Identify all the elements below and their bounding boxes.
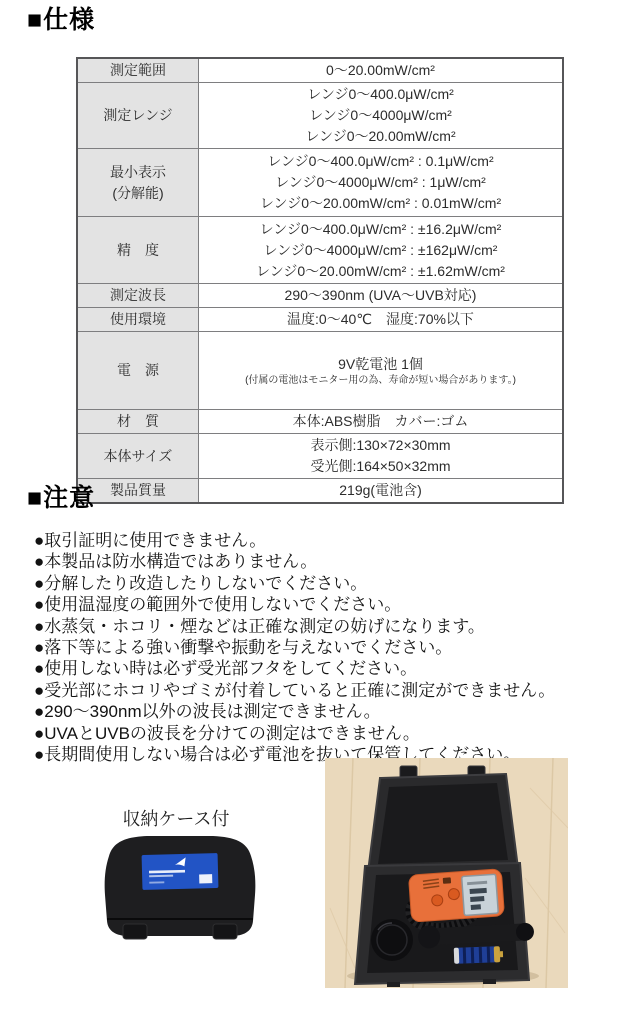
sensor-window	[443, 877, 451, 884]
spec-value: 本体:ABS樹脂 カバー:ゴム	[199, 410, 564, 434]
table-row: 測定範囲 0〜20.00mW/cm²	[77, 58, 563, 83]
spec-label: 本体サイズ	[77, 434, 199, 479]
caution-item: ●取引証明に使用できません。	[34, 530, 624, 551]
spec-table: 測定範囲 0〜20.00mW/cm² 測定レンジ レンジ0〜400.0μW/cm…	[76, 57, 564, 504]
spec-label: 使用環境	[77, 308, 199, 332]
spec-value: レンジ0〜400.0μW/cm² : ±16.2μW/cm² レンジ0〜4000…	[199, 217, 564, 284]
battery	[454, 946, 504, 964]
case-latch	[213, 924, 237, 939]
meter-button	[431, 894, 443, 906]
storage-case-caption: 収納ケース付	[86, 805, 266, 831]
caution-item: ●落下等による強い衝撃や振動を与えないでください。	[34, 637, 624, 658]
table-row: 電 源 9V乾電池 1個 (付属の電池はモニター用の為、寿命が短い場合があります…	[77, 332, 563, 410]
meter-button	[448, 888, 460, 900]
spec-value: 0〜20.00mW/cm²	[199, 58, 564, 83]
case-label	[142, 853, 219, 890]
spec-value: 表示側:130×72×30mm 受光側:164×50×32mm	[199, 434, 564, 479]
spec-value: レンジ0〜400.0μW/cm² レンジ0〜4000μW/cm² レンジ0〜20…	[199, 83, 564, 149]
caution-item: ●水蒸気・ホコリ・煙などは正確な測定の妨げになります。	[34, 616, 624, 637]
spec-section-title: ■仕様	[27, 6, 95, 35]
spec-label: 精 度	[77, 217, 199, 284]
case-foot	[387, 982, 400, 987]
table-row: 材 質 本体:ABS樹脂 カバー:ゴム	[77, 410, 563, 434]
table-row: 精 度 レンジ0〜400.0μW/cm² : ±16.2μW/cm² レンジ0〜…	[77, 217, 563, 284]
caution-item: ●受光部にホコリやゴミが付着していると正確に測定ができません。	[34, 680, 624, 701]
product-photo	[325, 758, 568, 988]
caution-section-title: ■注意	[27, 484, 95, 513]
table-row: 使用環境 温度:0〜40℃ 湿度:70%以下	[77, 308, 563, 332]
table-row: 最小表示 (分解能) レンジ0〜400.0μW/cm² : 0.1μW/cm² …	[77, 149, 563, 217]
spec-label: 最小表示 (分解能)	[77, 149, 199, 217]
table-row: 測定波長 290〜390nm (UVA〜UVB対応)	[77, 284, 563, 308]
storage-case-image	[85, 829, 275, 944]
label-barcode	[199, 874, 212, 883]
power-value: 9V乾電池 1個	[338, 356, 423, 372]
spec-label: 電 源	[77, 332, 199, 410]
spec-value: 温度:0〜40℃ 湿度:70%以下	[199, 308, 564, 332]
caution-item: ●分解したり改造したりしないでください。	[34, 573, 624, 594]
meter-device	[408, 869, 504, 922]
caution-item: ●290〜390nm以外の波長は測定できません。	[34, 701, 624, 722]
sensor-head	[371, 919, 413, 961]
spec-value: レンジ0〜400.0μW/cm² : 0.1μW/cm² レンジ0〜4000μW…	[199, 149, 564, 217]
spec-label: 測定波長	[77, 284, 199, 308]
case-lid	[368, 774, 518, 872]
spec-value: 290〜390nm (UVA〜UVB対応)	[199, 284, 564, 308]
caution-item: ●使用温湿度の範囲外で使用しないでください。	[34, 594, 624, 615]
table-row: 製品質量 219g(電池含)	[77, 479, 563, 504]
case-foot	[483, 979, 496, 984]
power-note: (付属の電池はモニター用の為、寿命が短い場合があります。)	[203, 375, 558, 387]
caution-item: ●使用しない時は必ず受光部フタをしてください。	[34, 658, 624, 679]
lcd-display	[462, 874, 499, 915]
spec-label: 測定範囲	[77, 58, 199, 83]
spec-value: 219g(電池含)	[199, 479, 564, 504]
caution-item: ●UVAとUVBの波長を分けての測定はできません。	[34, 723, 624, 744]
caution-list: ●取引証明に使用できません。 ●本製品は防水構造ではありません。 ●分解したり改…	[34, 530, 624, 765]
spec-value: 9V乾電池 1個 (付属の電池はモニター用の為、寿命が短い場合があります。)	[199, 332, 564, 410]
table-row: 本体サイズ 表示側:130×72×30mm 受光側:164×50×32mm	[77, 434, 563, 479]
spec-label: 材 質	[77, 410, 199, 434]
spec-label: 製品質量	[77, 479, 199, 504]
caution-item: ●本製品は防水構造ではありません。	[34, 551, 624, 572]
case-latch	[123, 924, 147, 939]
table-row: 測定レンジ レンジ0〜400.0μW/cm² レンジ0〜4000μW/cm² レ…	[77, 83, 563, 149]
spec-label: 測定レンジ	[77, 83, 199, 149]
